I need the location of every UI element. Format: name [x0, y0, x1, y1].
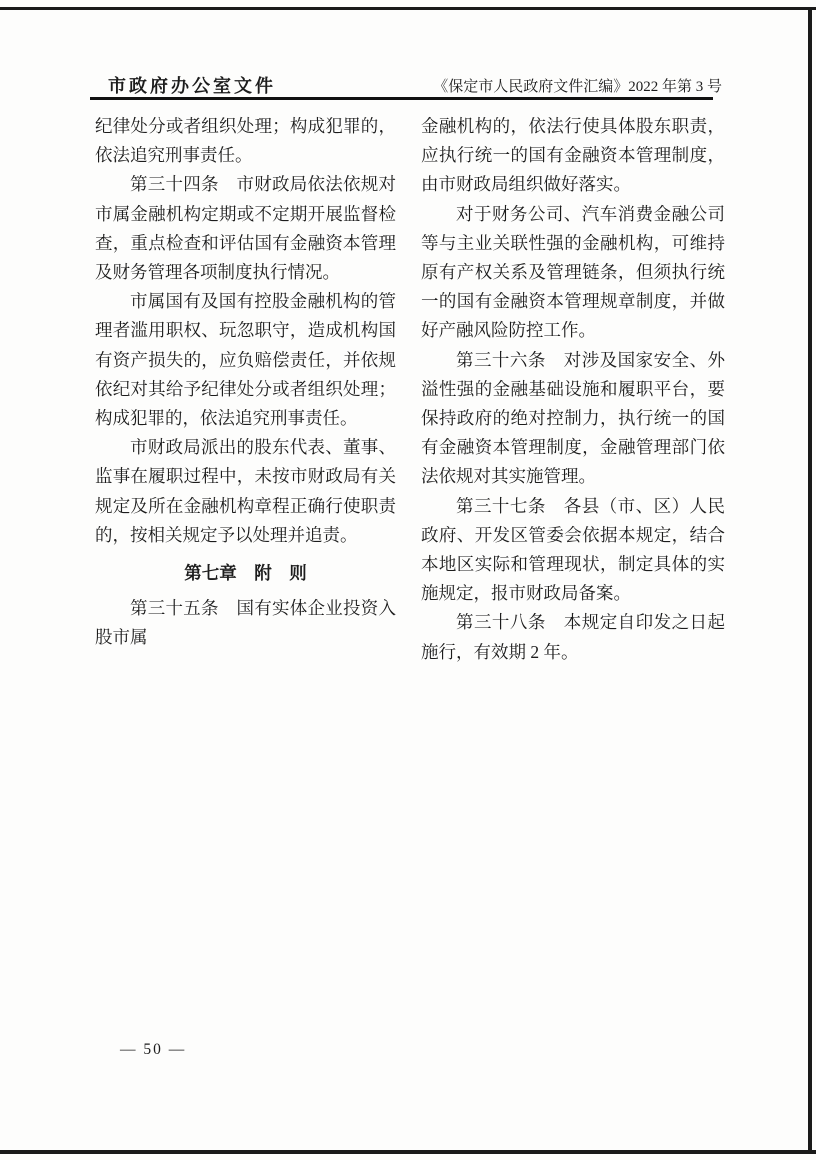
paragraph: 第三十五条 国有实体企业投资入股市属: [95, 594, 396, 652]
scanned-document-page: 市政府办公室文件 《保定市人民政府文件汇编》2022 年第 3 号 纪律处分或者…: [0, 0, 816, 1160]
paragraph: 市财政局派出的股东代表、董事、监事在履职过程中，未按市财政局有关规定及所在金融机…: [95, 433, 396, 550]
paragraph: 第三十七条 各县（市、区）人民政府、开发区管委会依据本规定，结合本地区实际和管理…: [421, 492, 725, 609]
header-compilation-issue: 《保定市人民政府文件汇编》2022 年第 3 号: [420, 79, 722, 96]
paragraph: 纪律处分或者组织处理；构成犯罪的，依法追究刑事责任。: [95, 112, 396, 170]
scan-border-right: [808, 7, 812, 1153]
chapter-heading: 第七章 附 则: [95, 559, 396, 588]
scan-border-top: [0, 7, 816, 10]
text-column-right: 金融机构的，依法行使具体股东职责，应执行统一的国有金融资本管理制度，由市财政局组…: [421, 112, 725, 667]
header-document-category: 市政府办公室文件: [108, 76, 276, 96]
paragraph: 对于财务公司、汽车消费金融公司等与主业关联性强的金融机构，可维持原有产权关系及管…: [421, 200, 725, 346]
header-rule: [90, 97, 713, 100]
paragraph: 第三十八条 本规定自印发之日起施行，有效期 2 年。: [421, 608, 725, 666]
text-column-left: 纪律处分或者组织处理；构成犯罪的，依法追究刑事责任。第三十四条 市财政局依法依规…: [95, 112, 396, 653]
paragraph: 金融机构的，依法行使具体股东职责，应执行统一的国有金融资本管理制度，由市财政局组…: [421, 112, 725, 200]
paragraph: 市属国有及国有控股金融机构的管理者滥用职权、玩忽职守，造成机构国有资产损失的，应…: [95, 287, 396, 433]
page-number: — 50 —: [120, 1041, 186, 1059]
paragraph: 第三十四条 市财政局依法依规对市属金融机构定期或不定期开展监督检查，重点检查和评…: [95, 170, 396, 287]
scan-border-bottom: [0, 1150, 816, 1154]
paragraph: 第三十六条 对涉及国家安全、外溢性强的金融基础设施和履职平台，要保持政府的绝对控…: [421, 346, 725, 492]
